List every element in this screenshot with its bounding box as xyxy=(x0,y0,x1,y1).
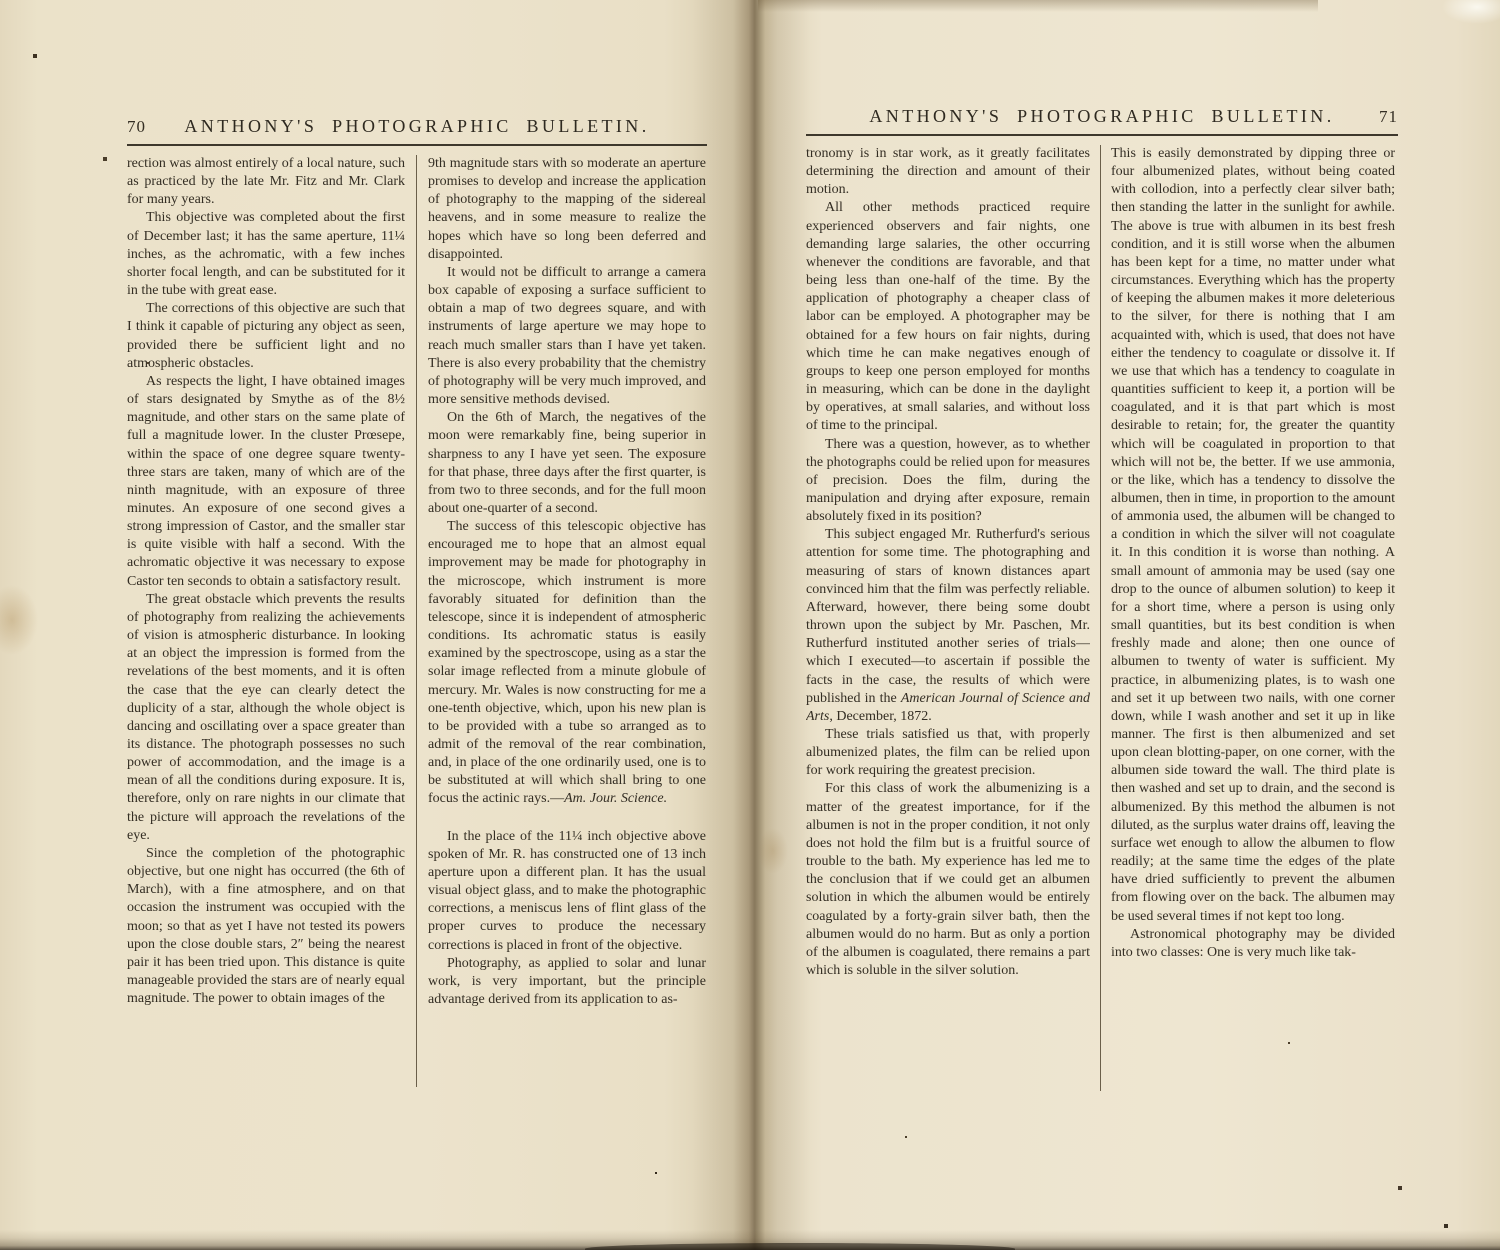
text-column-right: This is easily demonstrated by dipping t… xyxy=(1111,145,1395,1091)
paragraph: It would not be difficult to arrange a c… xyxy=(428,264,706,409)
book-spine-shadow xyxy=(692,0,810,1250)
page-70: 70 ANTHONY'S PHOTOGRAPHIC BULLETIN. rect… xyxy=(127,116,707,1087)
binding-shadow xyxy=(585,1243,1015,1250)
paragraph: This is easily demonstrated by dipping t… xyxy=(1111,145,1395,926)
paragraph: On the 6th of March, the negatives of th… xyxy=(428,409,706,518)
paragraph: This objective was completed about the f… xyxy=(127,209,405,300)
paragraph: As respects the light, I have obtained i… xyxy=(127,373,405,591)
page-top-edge-shadow xyxy=(758,0,1318,12)
paragraph: For this class of work the albumenizing … xyxy=(806,780,1090,980)
text-column-right: 9th magnitude stars with so moderate an … xyxy=(428,155,706,1087)
paragraph: This subject engaged Mr. Rutherfurd's se… xyxy=(806,526,1090,726)
paragraph: Since the completion of the photographic… xyxy=(127,845,405,1008)
paragraph: The great obstacle which prevents the re… xyxy=(127,591,405,845)
paragraph: All other methods practiced require expe… xyxy=(806,199,1090,435)
paragraph: There was a question, however, as to whe… xyxy=(806,436,1090,527)
paragraph: In the place of the 11¼ inch objective a… xyxy=(428,828,706,955)
paragraph: The corrections of this objective are su… xyxy=(127,300,405,373)
column-layout: rection was almost entirely of a local n… xyxy=(127,155,707,1087)
paper-specks xyxy=(0,0,2,2)
page-title: ANTHONY'S PHOTOGRAPHIC BULLETIN. xyxy=(173,116,661,137)
column-layout: tronomy is in star work, as it greatly f… xyxy=(806,145,1398,1091)
page-header: 70 ANTHONY'S PHOTOGRAPHIC BULLETIN. xyxy=(127,116,707,146)
paragraph: The success of this telescopic objective… xyxy=(428,518,706,809)
page-header: ANTHONY'S PHOTOGRAPHIC BULLETIN. 71 xyxy=(806,106,1398,136)
page-71: ANTHONY'S PHOTOGRAPHIC BULLETIN. 71 tron… xyxy=(806,106,1398,1091)
page-title: ANTHONY'S PHOTOGRAPHIC BULLETIN. xyxy=(852,106,1352,127)
page-number: 71 xyxy=(1352,107,1398,127)
column-divider-rule xyxy=(1100,145,1101,1091)
paragraph: tronomy is in star work, as it greatly f… xyxy=(806,145,1090,199)
paragraph: These trials satisfied us that, with pro… xyxy=(806,726,1090,780)
page-number: 70 xyxy=(127,117,173,137)
text-column-left: tronomy is in star work, as it greatly f… xyxy=(806,145,1090,1091)
column-divider-rule xyxy=(416,155,417,1087)
foxing-stain xyxy=(758,828,788,874)
paragraph: Photography, as applied to solar and lun… xyxy=(428,955,706,1009)
book-scan: { "publication": { "title": "ANTHONY'S P… xyxy=(0,0,1500,1250)
text-column-left: rection was almost entirely of a local n… xyxy=(127,155,405,1087)
paragraph: Astronomical photography may be divided … xyxy=(1111,926,1395,962)
paragraph: rection was almost entirely of a local n… xyxy=(127,155,405,209)
paragraph: 9th magnitude stars with so moderate an … xyxy=(428,155,706,264)
